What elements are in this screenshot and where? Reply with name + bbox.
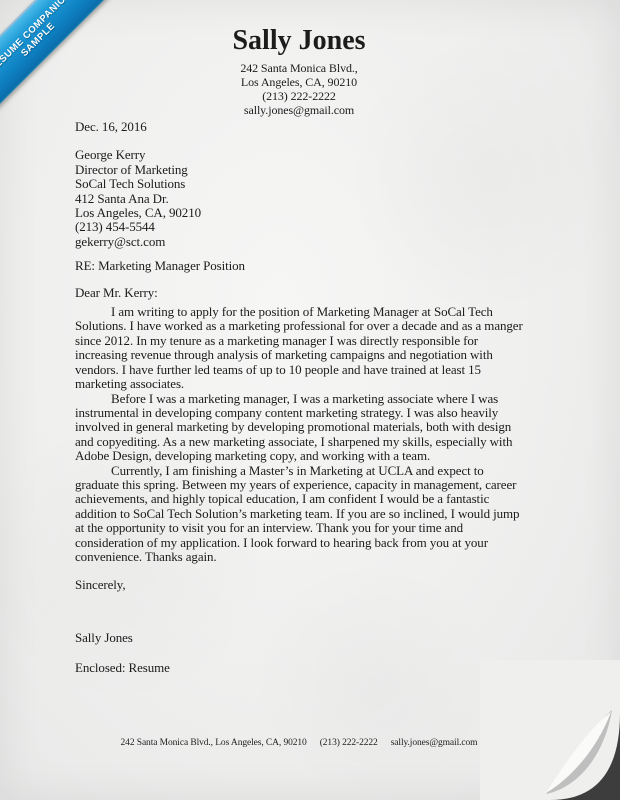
recipient-name: George Kerry bbox=[75, 148, 523, 162]
subject-line: RE: Marketing Manager Position bbox=[75, 259, 523, 273]
letter-body: I am writing to apply for the position o… bbox=[75, 305, 523, 564]
letterhead-email: sally.jones@gmail.com bbox=[75, 103, 523, 117]
recipient-email: gekerry@sct.com bbox=[75, 235, 523, 249]
recipient-company: SoCal Tech Solutions bbox=[75, 177, 523, 191]
page-curl bbox=[480, 660, 620, 800]
footer-email: sally.jones@gmail.com bbox=[391, 738, 478, 749]
footer-address: 242 Santa Monica Blvd., Los Angeles, CA,… bbox=[121, 738, 307, 749]
letter-date: Dec. 16, 2016 bbox=[75, 120, 523, 134]
signature-name: Sally Jones bbox=[75, 631, 523, 645]
body-paragraph: Currently, I am finishing a Master’s in … bbox=[75, 464, 523, 565]
cover-letter-page: RESUME COMPANION SAMPLE Sally Jones 242 … bbox=[0, 0, 620, 800]
letterhead: Sally Jones 242 Santa Monica Blvd., Los … bbox=[75, 26, 523, 117]
body-paragraph: Before I was a marketing manager, I was … bbox=[75, 392, 523, 464]
letterhead-address: 242 Santa Monica Blvd., Los Angeles, CA,… bbox=[75, 61, 523, 117]
recipient-city: Los Angeles, CA, 90210 bbox=[75, 206, 523, 220]
letterhead-name: Sally Jones bbox=[75, 26, 523, 56]
letter-footer: 242 Santa Monica Blvd., Los Angeles, CA,… bbox=[75, 738, 523, 749]
recipient-title: Director of Marketing bbox=[75, 163, 523, 177]
recipient-phone: (213) 454-5544 bbox=[75, 220, 523, 234]
salutation: Dear Mr. Kerry: bbox=[75, 286, 523, 300]
letterhead-address-line: Los Angeles, CA, 90210 bbox=[75, 75, 523, 89]
letterhead-address-line: 242 Santa Monica Blvd., bbox=[75, 61, 523, 75]
footer-phone: (213) 222-2222 bbox=[320, 738, 378, 749]
letterhead-phone: (213) 222-2222 bbox=[75, 89, 523, 103]
valediction: Sincerely, bbox=[75, 578, 523, 592]
body-paragraph: I am writing to apply for the position o… bbox=[75, 305, 523, 391]
letter-content: Sally Jones 242 Santa Monica Blvd., Los … bbox=[75, 26, 523, 676]
recipient-block: George Kerry Director of Marketing SoCal… bbox=[75, 148, 523, 249]
recipient-street: 412 Santa Ana Dr. bbox=[75, 192, 523, 206]
enclosure-line: Enclosed: Resume bbox=[75, 661, 523, 675]
